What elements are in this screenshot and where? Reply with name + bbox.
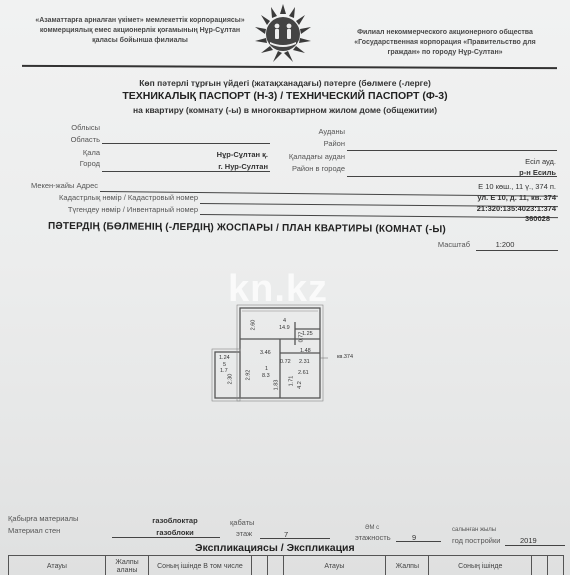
col-incl: Соның ішінде В том числе — [149, 556, 252, 575]
dim-230: 2.30 — [227, 374, 233, 385]
floor-plan: 2.60 4 14.9 1.25 0.77 3.46 1.48 0.72 2.3… — [210, 300, 330, 402]
explication-table: Атауы Жалпы аланы Соның ішінде В том чис… — [8, 555, 564, 575]
floor-label-ru: этаж — [236, 529, 252, 538]
room4-number: 4 — [283, 318, 286, 324]
floors-label-ru: этажность — [355, 533, 391, 542]
address-ru-value: ул. Е 10, д. 11, кв. 374 — [400, 193, 556, 202]
gorod-line — [102, 171, 270, 172]
floors-label-kz: ӘМ с — [365, 525, 379, 531]
room1-number: 1 — [265, 366, 268, 372]
floors-line — [396, 541, 441, 542]
wall-value-kz: газоблоктар — [125, 516, 225, 525]
cadastral-value: 21:320:135:4023:1:374 — [400, 204, 556, 213]
year-label-ru: год постройки — [452, 536, 500, 545]
year-line — [505, 545, 565, 546]
district-line — [347, 176, 557, 177]
wall-label-kz: Қабырға материалы — [8, 514, 78, 523]
inventory-label: Түгендеу нөмір / Инвентарный номер — [20, 205, 198, 214]
col-b — [267, 556, 283, 575]
oblast-line — [102, 143, 270, 144]
explication-title: Экспликациясы / Экспликация — [195, 542, 355, 554]
dim-183: 1.83 — [273, 380, 279, 391]
room1-area: 8.3 — [262, 373, 270, 379]
kala-audan-label: Қаладағы аудан — [260, 152, 345, 161]
dim-148: 1.48 — [300, 348, 311, 354]
title-ru: на квартиру (комнату (-ы) в многоквартир… — [0, 105, 570, 115]
title-kz: Көп пәтерлі тұрғын үйдегі (жатақханадағы… — [0, 78, 570, 88]
floor-line — [260, 538, 330, 539]
dim-261: 2.61 — [298, 370, 309, 376]
scale-line — [476, 250, 558, 251]
raion-line — [347, 150, 557, 151]
raion-label: Район — [280, 139, 345, 148]
oblys-label: Облысы — [40, 123, 100, 132]
table-header-row: Атауы Жалпы аланы Соның ішінде В том чис… — [9, 556, 564, 575]
apartment-label: кв.374 — [337, 354, 353, 360]
col-incl-2: Соның ішінде — [429, 556, 532, 575]
year-label-kz: салынған жылы — [452, 527, 496, 533]
col-name: Атауы — [9, 556, 106, 575]
dim-260: 2.60 — [250, 320, 256, 331]
gorod-label: Город — [40, 159, 100, 168]
col-total-2: Жалпы — [386, 556, 429, 575]
wall-line — [112, 537, 220, 538]
address-label: Мекен-жайы Адрес — [10, 181, 98, 190]
dim-231: 2.31 — [299, 359, 310, 365]
dim-124: 1.24 — [219, 355, 230, 361]
col-d — [548, 556, 564, 575]
header-divider — [22, 65, 557, 69]
district-kz-value: Есіл ауд. — [460, 157, 556, 166]
raion-gorod-label: Район в городе — [260, 164, 345, 173]
year-value: 2019 — [520, 536, 537, 545]
sun-family-logo-icon — [245, 2, 321, 66]
address-kz-value: Е 10 көш., 11 ү., 374 п. — [400, 182, 556, 191]
col-a — [251, 556, 267, 575]
left-org-name: «Азаматтарға арналған үкімет» мемлекетті… — [20, 16, 260, 46]
inventory-value: 360028 — [400, 214, 550, 223]
city-kz-value: Нұр-Сұлтан қ. — [170, 150, 268, 159]
col-name-2: Атауы — [283, 556, 386, 575]
room4-area: 14.9 — [279, 325, 290, 331]
plan-title: ПӘТЕРДІҢ (БӨЛМЕНІҢ (-ЛЕРДІҢ) ЖОСПАРЫ / П… — [48, 221, 548, 236]
audany-label: Ауданы — [280, 127, 345, 136]
col-total: Жалпы аланы — [105, 556, 148, 575]
oblast-label: Область — [40, 135, 100, 144]
room3-area: 4.2 — [297, 381, 303, 389]
dim-072: 0.72 — [280, 359, 291, 365]
title-main: ТЕХНИКАЛЫҚ ПАСПОРТ (Н-3) / ТЕХНИЧЕСКИЙ П… — [0, 90, 570, 102]
wall-label-ru: Материал стен — [8, 526, 60, 535]
dim-077: 0.77 — [298, 332, 304, 343]
right-org-name: Филиал некоммерческого акционерного обще… — [345, 28, 545, 58]
cadastral-label: Кадастрлық нөмір / Кадастровый номер — [20, 193, 198, 202]
dim-171: 1.71 — [288, 376, 294, 387]
city-ru-value: г. Нур-Султан — [170, 162, 268, 171]
wall-value-ru: газоблоки — [125, 528, 225, 537]
dim-292: 2.92 — [245, 370, 251, 381]
floor-label-kz: қабаты — [230, 518, 254, 527]
dim-346: 3.46 — [260, 350, 271, 356]
scale-label: Масштаб — [420, 240, 470, 249]
kala-label: Қала — [40, 148, 100, 157]
scale-value: 1:200 — [480, 240, 530, 249]
col-c — [532, 556, 548, 575]
